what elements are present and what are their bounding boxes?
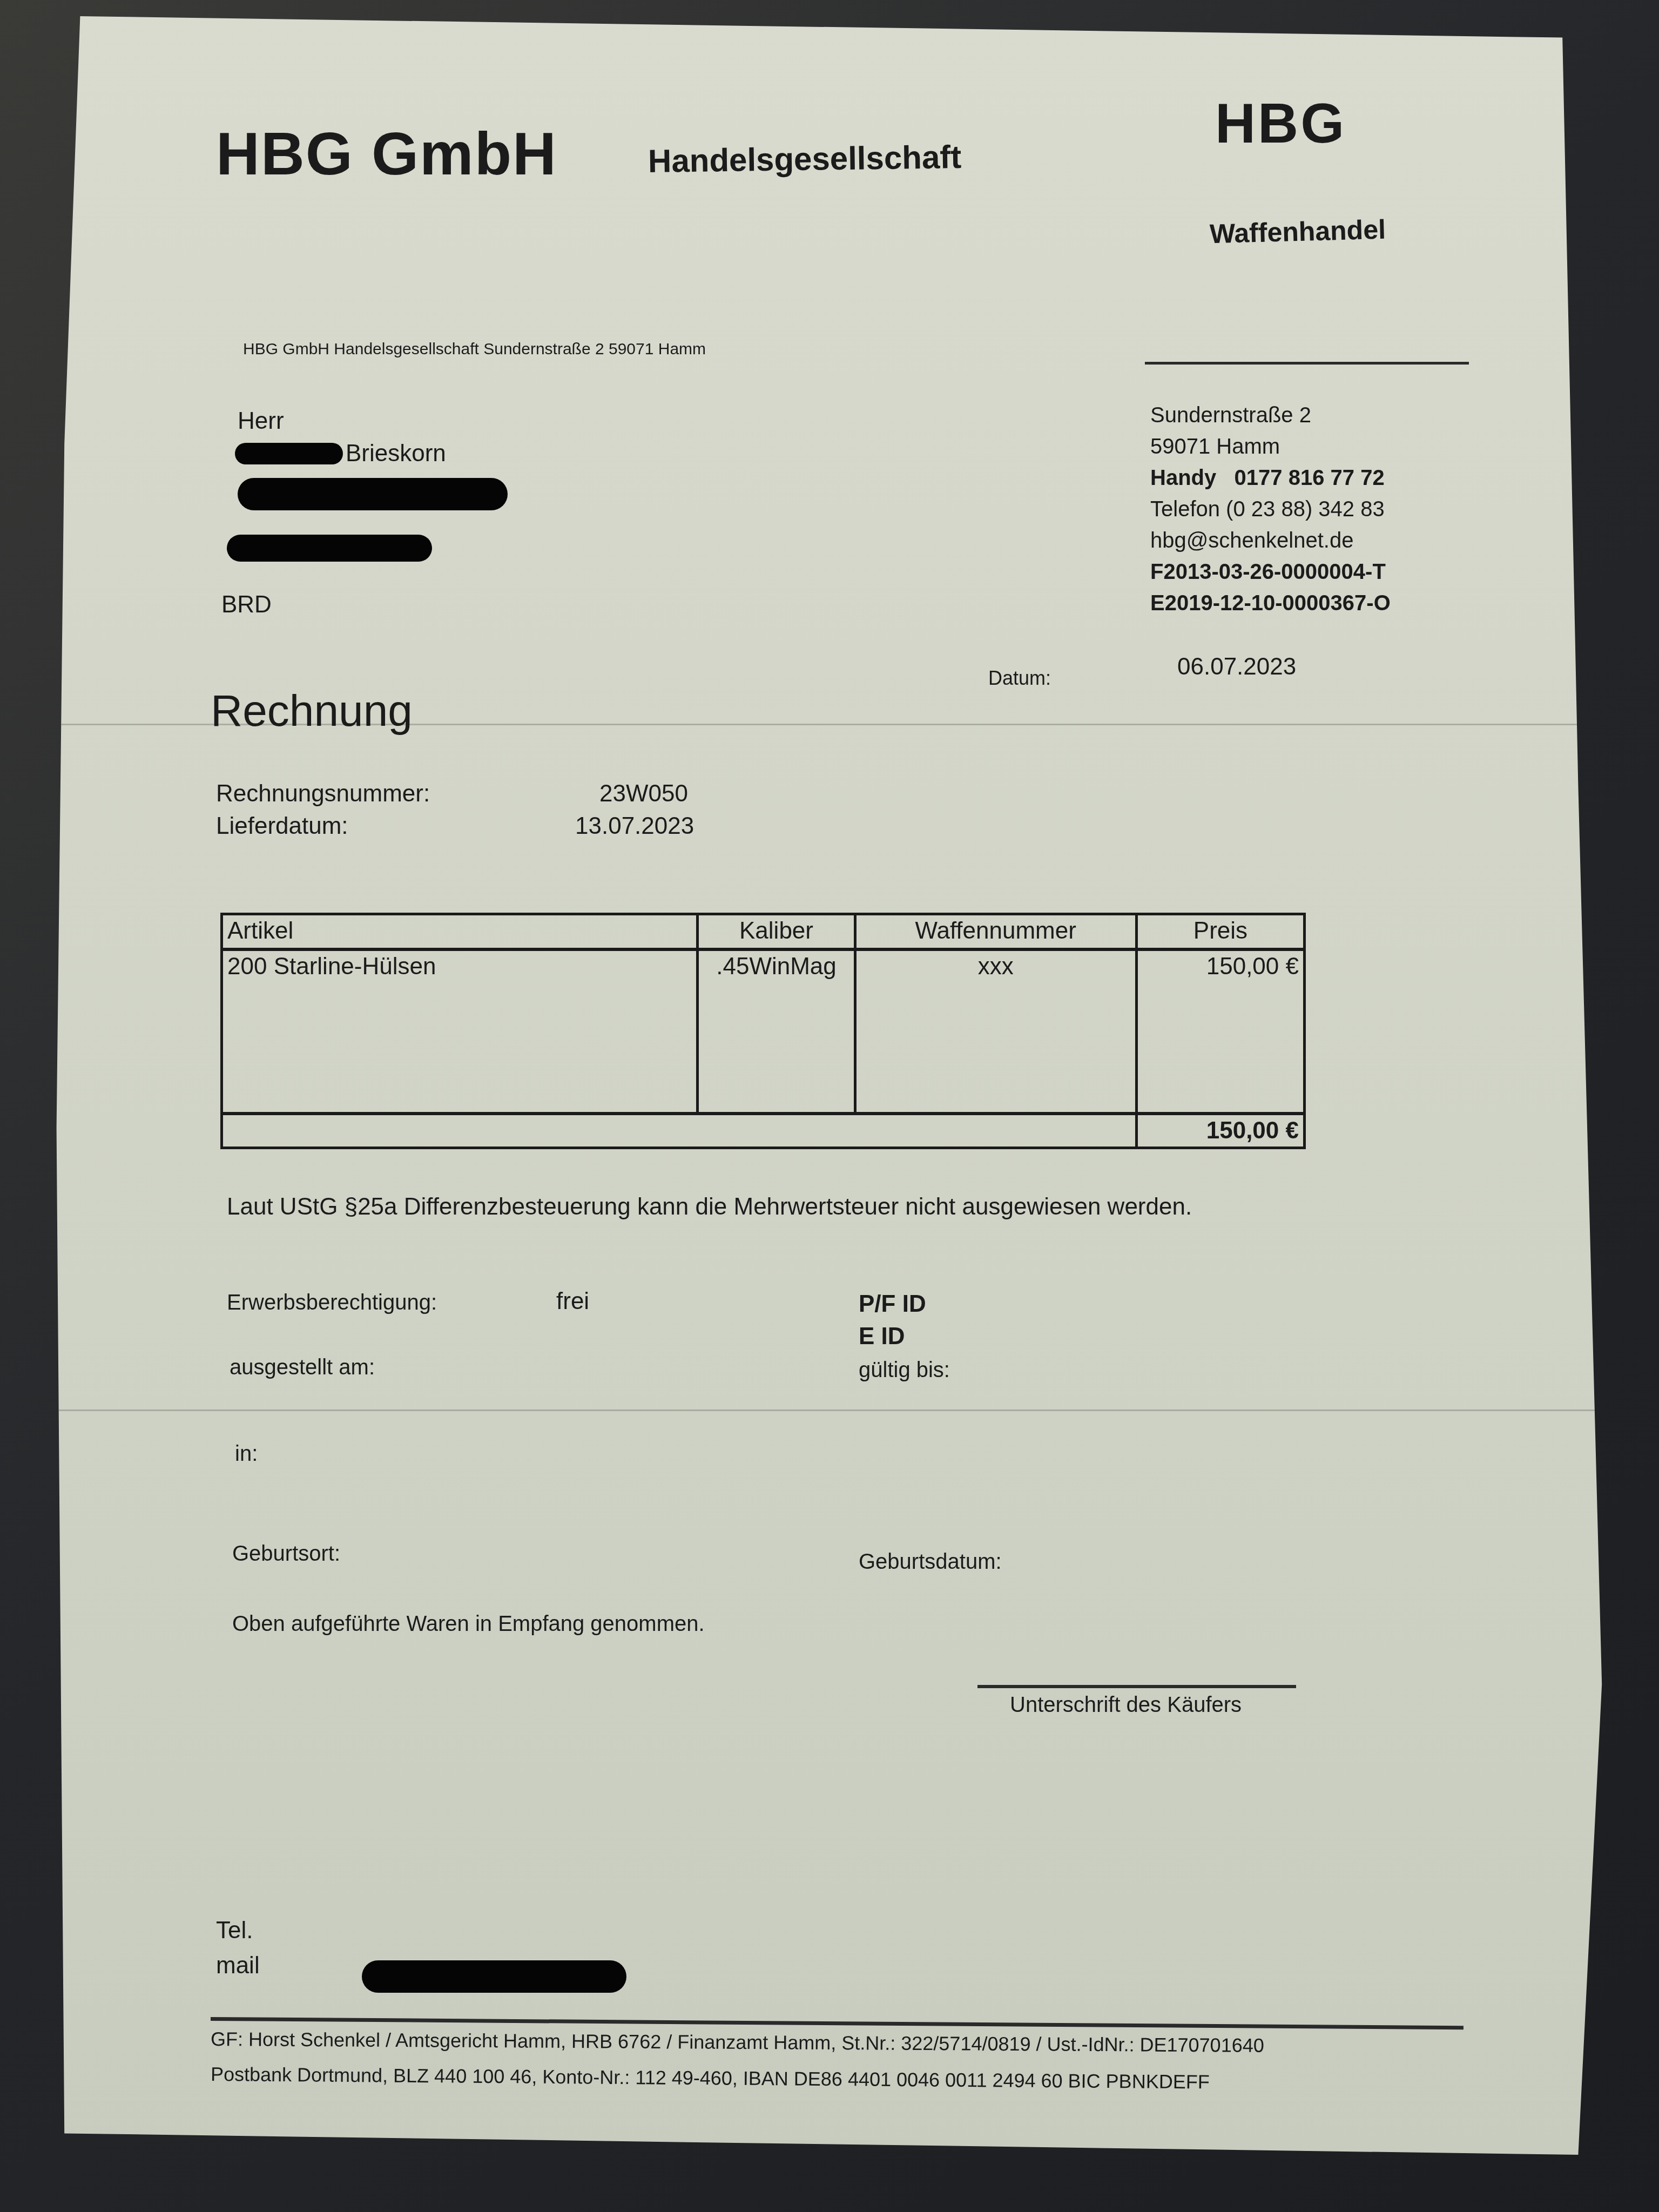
company-type: Handelsgesellschaft: [648, 138, 962, 180]
in-label: in:: [235, 1442, 258, 1466]
col-preis: Preis: [1136, 914, 1304, 950]
contact-phone: Telefon (0 23 88) 342 83: [1150, 494, 1391, 525]
total-spacer: [222, 1114, 1137, 1148]
recipient-country: BRD: [221, 589, 272, 621]
table-row: 200 Starline-Hülsen .45WinMag xxx 150,00…: [222, 949, 1305, 1114]
tel-label: Tel.: [216, 1917, 253, 1944]
cell-waffennummer: xxx: [855, 949, 1136, 1114]
mail-label: mail: [216, 1952, 260, 1979]
cell-artikel: 200 Starline-Hülsen: [222, 949, 698, 1114]
col-artikel: Artikel: [222, 914, 698, 950]
paper-fold: [49, 1410, 1626, 1411]
mobile-label: Handy: [1150, 466, 1216, 490]
company-name: HBG GmbH: [216, 119, 557, 188]
delivery-date-label: Lieferdatum:: [216, 813, 348, 840]
footer-divider: [211, 2017, 1464, 2029]
birthdate-label: Geburtsdatum:: [859, 1550, 1002, 1574]
mobile-number: 0177 816 77 72: [1235, 466, 1385, 490]
footer-line-2: Postbank Dortmund, BLZ 440 100 46, Konto…: [211, 2063, 1210, 2094]
recipient-salutation: Herr: [238, 405, 284, 437]
company-logo: HBG: [1215, 92, 1346, 156]
redaction-mail: [362, 1960, 626, 1993]
pf-id-label: P/F ID: [859, 1291, 926, 1318]
cell-kaliber: .45WinMag: [698, 949, 855, 1114]
table-header: Artikel Kaliber Waffennummer Preis: [222, 914, 1305, 950]
contact-city: 59071 Hamm: [1150, 431, 1391, 462]
invoice-sheet: HBG GmbH Handelsgesellschaft HBG Waffenh…: [49, 16, 1626, 2155]
issued-label: ausgestellt am:: [230, 1355, 375, 1380]
date-value: 06.07.2023: [1177, 653, 1296, 680]
cell-preis: 150,00 €: [1136, 949, 1304, 1114]
e-id-label: E ID: [859, 1323, 905, 1350]
footer-line-1: GF: Horst Schenkel / Amtsgericht Hamm, H…: [211, 2028, 1264, 2057]
birthplace-label: Geburtsort:: [232, 1542, 340, 1566]
table-total-row: 150,00 €: [222, 1114, 1305, 1148]
invoice-number: 23W050: [599, 780, 688, 807]
total-amount: 150,00 €: [1136, 1114, 1304, 1148]
redaction-street: [238, 478, 508, 510]
document-title: Rechnung: [211, 686, 413, 737]
receipt-note: Oben aufgeführte Waren in Empfang genomm…: [232, 1612, 705, 1636]
col-waffennummer: Waffennummer: [855, 914, 1136, 950]
divider: [1145, 362, 1469, 365]
date-label: Datum:: [988, 667, 1051, 690]
acquisition-label: Erwerbsberechtigung:: [227, 1291, 437, 1315]
license-f: F2013-03-26-0000004-T: [1150, 556, 1391, 588]
valid-until-label: gültig bis:: [859, 1358, 950, 1382]
signature-label: Unterschrift des Käufers: [1010, 1693, 1242, 1717]
invoice-number-label: Rechnungsnummer:: [216, 780, 430, 807]
tax-note: Laut UStG §25a Differenzbesteuerung kann…: [227, 1193, 1192, 1220]
col-kaliber: Kaliber: [698, 914, 855, 950]
contact-mobile: Handy 0177 816 77 72: [1150, 462, 1391, 494]
department: Waffenhandel: [1209, 214, 1386, 250]
delivery-date: 13.07.2023: [575, 813, 694, 840]
contact-street: Sundernstraße 2: [1150, 400, 1391, 431]
sender-line: HBG GmbH Handelsgesellschaft Sundernstra…: [243, 340, 706, 359]
contact-email[interactable]: hbg@schenkelnet.de: [1150, 525, 1391, 556]
signature-line: [977, 1685, 1296, 1688]
recipient-name: Brieskorn: [346, 437, 446, 470]
license-e: E2019-12-10-0000367-O: [1150, 588, 1391, 619]
acquisition-value: frei: [556, 1288, 589, 1315]
redaction-first-name: [235, 443, 343, 464]
redaction-city: [227, 535, 432, 562]
items-table: Artikel Kaliber Waffennummer Preis 200 S…: [220, 913, 1306, 1149]
